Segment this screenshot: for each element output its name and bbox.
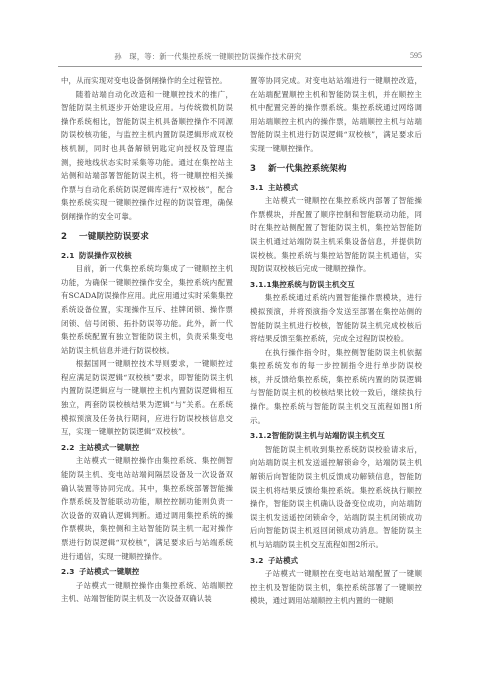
paragraph: 主站模式一键顺控在集控系统内部署了智能操作票模块，并配置了顺序控制和智能联动功能… xyxy=(250,194,422,276)
header-rule xyxy=(58,66,422,67)
heading-text: 防误操作双校核 xyxy=(79,251,132,260)
heading-number: 2.2 xyxy=(61,441,79,455)
paragraph: 目前，新一代集控系统均集成了一键顺控主机功能，为确保一键顺控操作安全，集控系统内… xyxy=(61,262,233,357)
subsection-heading: 2.3子站模式一键顺控 xyxy=(61,565,233,579)
heading-text: 智能防误主机与站端防误主机交互 xyxy=(272,431,385,440)
heading-text: 主站模式一键顺控 xyxy=(79,443,139,452)
paragraph: 置等协同完成。对变电站站端进行一键顺控改造，在站端配置顺控主机和智能防误主机，并… xyxy=(250,74,422,156)
heading-text: 新一代集控系统架构 xyxy=(268,164,347,174)
paragraph: 子站模式一键顺控在变电站站端配置了一键顺控主机及智能防误主机，集控系统部署了一键… xyxy=(250,567,422,608)
heading-number: 2 xyxy=(61,231,79,243)
right-column: 置等协同完成。对变电站站端进行一键顺控改造，在站端配置顺控主机和智能防误主机，并… xyxy=(250,74,422,608)
page-number: 595 xyxy=(410,51,422,60)
paragraph: 子站模式一键顺控操作由集控系统、站端顺控主机、站端智能防误主机及一次设备双确认装 xyxy=(61,579,233,606)
heading-number: 3.2 xyxy=(250,554,268,568)
paragraph: 中，从而实现对变电设备倒闸操作的全过程管控。 xyxy=(61,74,233,88)
paragraph: 集控系统通过系统内置智能操作票模块，进行模拟预演，并将预演指令发送至部署在集控站… xyxy=(250,291,422,345)
left-column: 中，从而实现对变电设备倒闸操作的全过程管控。随着站端自动化改造和一键顺控技术的推… xyxy=(61,74,233,606)
subsection-heading: 3.1.2智能防误主机与站端防误主机交互 xyxy=(250,429,422,443)
heading-number: 3.1.1 xyxy=(250,278,272,292)
heading-number: 3.1.2 xyxy=(250,429,272,443)
heading-number: 3.1 xyxy=(250,181,268,195)
subsection-heading: 3.1主站模式 xyxy=(250,181,422,195)
heading-text: 主站模式 xyxy=(268,183,298,192)
heading-text: 子站模式 xyxy=(268,556,298,565)
section-heading: 3新一代集控系统架构 xyxy=(250,163,422,175)
paragraph: 随着站端自动化改造和一键顺控技术的推广，智能防误主机逐步开始建设应用。与传统微机… xyxy=(61,88,233,224)
heading-number: 2.3 xyxy=(61,565,79,579)
heading-number: 2.1 xyxy=(61,249,79,263)
section-heading: 2一键顺控防误要求 xyxy=(61,231,233,243)
heading-number: 3 xyxy=(250,163,268,175)
paragraph: 主站模式一键顺控操作由集控系统、集控侧智能防误主机、变电站站端间隔层设备及一次设… xyxy=(61,454,233,563)
subsection-heading: 3.2子站模式 xyxy=(250,554,422,568)
paragraph: 在执行操作指令时，集控侧智能防误主机依据集控系统发布的每一步控制指令进行单步防误… xyxy=(250,346,422,428)
subsection-heading: 3.1.1集控系统与防误主机交互 xyxy=(250,278,422,292)
subsection-heading: 2.2主站模式一键顺控 xyxy=(61,441,233,455)
heading-text: 集控系统与防误主机交互 xyxy=(272,280,355,289)
paragraph: 根据国网一键顺控技术导则要求，一键顺控过程应满足防误逻辑“双校核”要求，即智能防… xyxy=(61,357,233,439)
running-header: 孙 琛，等：新一代集控系统一键顺控防误操作技术研究 595 xyxy=(58,50,422,66)
heading-text: 一键顺控防误要求 xyxy=(79,232,149,242)
paragraph: 智能防误主机收到集控系统防误校验请求后，向站端防误主机发送遥控解锁命令，站端防误… xyxy=(250,443,422,552)
running-title: 孙 琛，等：新一代集控系统一键顺控防误操作技术研究 xyxy=(58,52,358,62)
heading-text: 子站模式一键顺控 xyxy=(79,567,139,576)
subsection-heading: 2.1防误操作双校核 xyxy=(61,249,233,263)
